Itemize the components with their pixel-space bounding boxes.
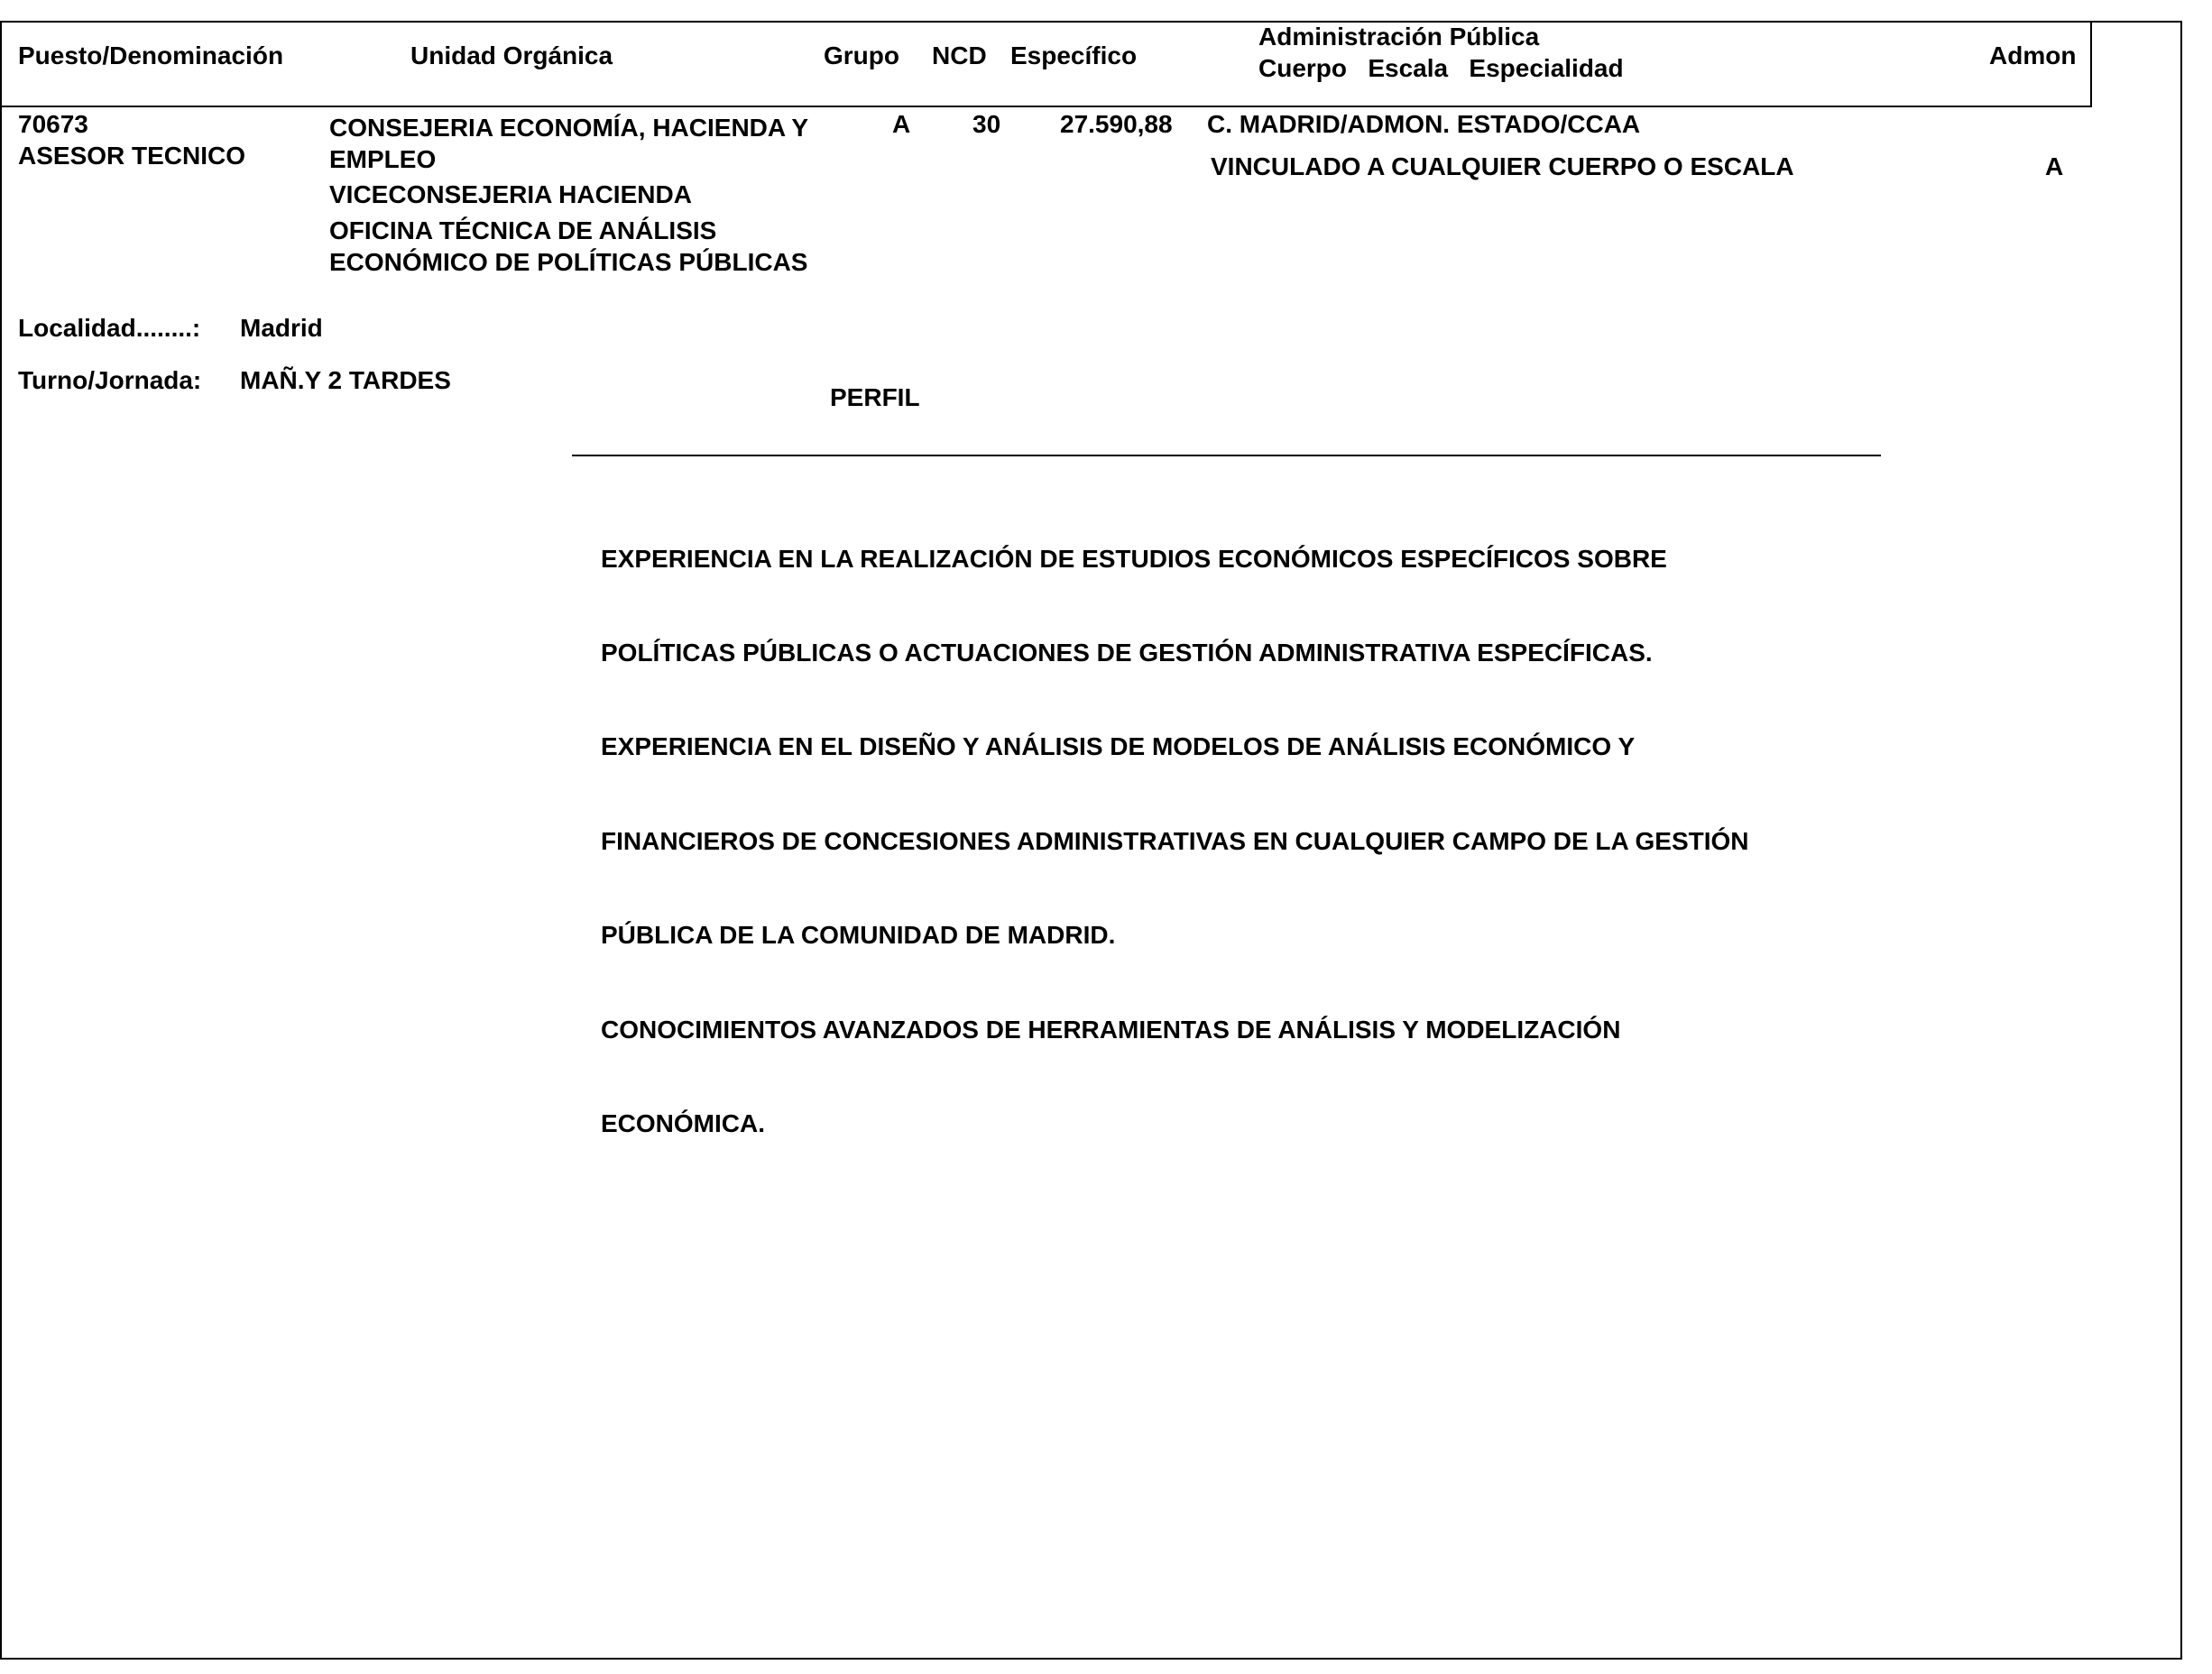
unidad-line: OFICINA TÉCNICA DE ANÁLISIS	[329, 218, 716, 244]
unidad-line: CONSEJERIA ECONOMÍA, HACIENDA Y	[329, 115, 808, 141]
col-header-admon: Admon	[1989, 43, 2076, 69]
puesto-denominacion: ASESOR TECNICO	[18, 143, 245, 169]
unidad-line: EMPLEO	[329, 147, 436, 172]
turno-value: MAÑ.Y 2 TARDES	[240, 368, 451, 393]
perfil-line: ECONÓMICA.	[601, 1108, 1749, 1140]
col-header-unidad: Unidad Orgánica	[410, 43, 613, 69]
puesto-codigo: 70673	[18, 112, 88, 137]
col-header-cuerpo-escala: Cuerpo Escala Especialidad	[1258, 56, 1624, 81]
unidad-line: VICECONSEJERIA HACIENDA	[329, 182, 692, 207]
col-header-puesto: Puesto/Denominación	[18, 43, 283, 69]
grupo-value: A	[892, 112, 910, 137]
administracion-value: C. MADRID/ADMON. ESTADO/CCAA	[1207, 112, 1640, 137]
turno-label: Turno/Jornada:	[18, 368, 201, 393]
perfil-description: EXPERIENCIA EN LA REALIZACIÓN DE ESTUDIO…	[601, 481, 1749, 1172]
ncd-value: 30	[972, 112, 1000, 137]
col-header-ncd: NCD	[932, 43, 987, 69]
col-header-especifico: Específico	[1010, 43, 1137, 69]
perfil-divider	[572, 455, 1881, 456]
admon-value: A	[2045, 154, 2063, 179]
localidad-value: Madrid	[240, 316, 323, 341]
perfil-title: PERFIL	[830, 385, 920, 410]
localidad-label: Localidad........:	[18, 316, 200, 341]
perfil-line: EXPERIENCIA EN EL DISEÑO Y ANÁLISIS DE M…	[601, 731, 1749, 763]
cuerpo-value: VINCULADO A CUALQUIER CUERPO O ESCALA	[1211, 154, 1794, 179]
perfil-line: EXPERIENCIA EN LA REALIZACIÓN DE ESTUDIO…	[601, 544, 1749, 575]
col-header-grupo: Grupo	[824, 43, 899, 69]
unidad-line: ECONÓMICO DE POLÍTICAS PÚBLICAS	[329, 250, 807, 275]
perfil-line: CONOCIMIENTOS AVANZADOS DE HERRAMIENTAS …	[601, 1015, 1749, 1046]
col-header-admin-publica: Administración Pública	[1258, 24, 1539, 50]
perfil-line: PÚBLICA DE LA COMUNIDAD DE MADRID.	[601, 920, 1749, 952]
perfil-line: POLÍTICAS PÚBLICAS O ACTUACIONES DE GEST…	[601, 638, 1749, 669]
especifico-value: 27.590,88	[1060, 112, 1173, 137]
perfil-line: FINANCIEROS DE CONCESIONES ADMINISTRATIV…	[601, 826, 1749, 858]
